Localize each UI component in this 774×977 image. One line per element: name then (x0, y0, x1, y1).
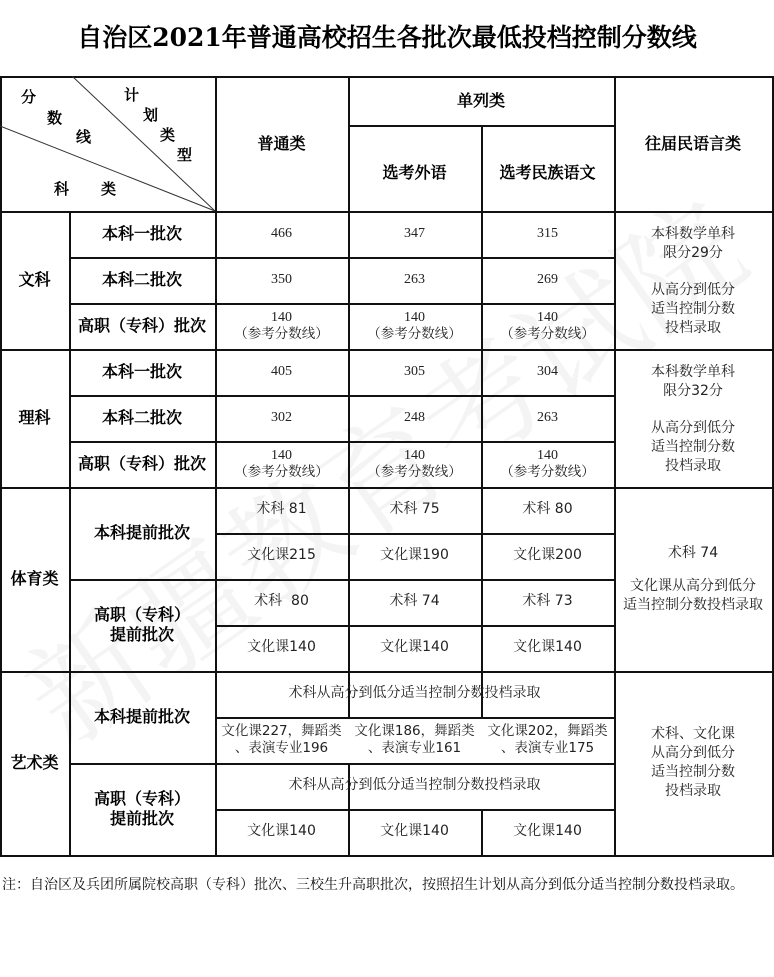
score-note: （参考分数线） (234, 464, 329, 481)
minority-note-arts: 术科、文化课 从高分到低分 适当控制分数 投档录取 (614, 671, 772, 855)
diag-label-hua: 划 (143, 104, 158, 125)
diag-label-ke: 科 (54, 178, 69, 199)
score-value: 140 (537, 309, 558, 327)
score-cell: 术科 75 (348, 487, 481, 533)
score-note: （参考分数线） (367, 464, 462, 481)
batch-label: 本科一批次 (69, 349, 215, 395)
score-cell: 术科 81 (215, 487, 348, 533)
score-cell: 文化课140 (348, 625, 481, 671)
score-cell: 文化课140 (481, 625, 614, 671)
score-cell: 302 (215, 395, 348, 441)
minority-note-wenke: 本科数学单科 限分29分 从高分到低分 适当控制分数 投档录取 (614, 211, 772, 349)
score-value: 140 (271, 447, 292, 465)
diag-label-xing: 型 (177, 144, 192, 165)
header-single-ethnic: 选考民族语文 (481, 125, 614, 211)
score-cell: 140 （参考分数线） (348, 441, 481, 487)
score-value: 140 (537, 447, 558, 465)
score-cell: 术科 80 (215, 579, 348, 625)
section-label-like: 理科 (0, 349, 69, 487)
batch-label: 高职（专科）批次 (69, 303, 215, 349)
score-cell: 术科 74 (348, 579, 481, 625)
score-cell: 文化课190 (348, 533, 481, 579)
score-cell: 304 (481, 349, 614, 395)
minority-note-sports: 术科 74 文化课从高分到低分 适当控制分数投档录取 (614, 487, 772, 671)
score-cell: 305 (348, 349, 481, 395)
header-minority: 往届民语言类 (614, 76, 772, 211)
score-cell: 文化课140 (348, 809, 481, 855)
minority-note-like: 本科数学单科 限分32分 从高分到低分 适当控制分数 投档录取 (614, 349, 772, 487)
score-cell: 文化课140 (215, 809, 348, 855)
score-cell: 269 (481, 257, 614, 303)
score-note: （参考分数线） (234, 326, 329, 343)
score-note: （参考分数线） (500, 326, 595, 343)
diag-label-lei2: 类 (101, 178, 116, 199)
score-cell: 文化课200 (481, 533, 614, 579)
score-note: （参考分数线） (500, 464, 595, 481)
score-cell: 466 (215, 211, 348, 257)
score-cell: 140 （参考分数线） (215, 441, 348, 487)
section-label-sports: 体育类 (0, 487, 69, 671)
batch-label: 本科二批次 (69, 257, 215, 303)
header-single: 单列类 (348, 76, 614, 125)
score-cell: 263 (481, 395, 614, 441)
score-value: 140 (404, 309, 425, 327)
score-cell: 140 （参考分数线） (481, 303, 614, 349)
diag-label-xian: 线 (76, 126, 91, 147)
merged-skill-cell: 术科从高分到低分适当控制分数投档录取 (215, 671, 614, 717)
score-value: 140 (404, 447, 425, 465)
diag-label-ji: 计 (124, 84, 139, 105)
score-cell: 术科 73 (481, 579, 614, 625)
score-cell: 140 （参考分数线） (481, 441, 614, 487)
batch-label: 高职（专科） 提前批次 (69, 763, 215, 855)
score-cell: 347 (348, 211, 481, 257)
footnote: 注：自治区及兵团所属院校高职（专科）批次、三校生升高职批次，按照招生计划从高分到… (2, 875, 772, 895)
diag-label-fen: 分 (21, 86, 36, 107)
score-cell: 文化课202，舞蹈类 、表演专业175 (481, 717, 614, 763)
batch-label: 高职（专科）批次 (69, 441, 215, 487)
batch-label: 本科提前批次 (69, 487, 215, 579)
score-cell: 文化课227，舞蹈类 、表演专业196 (215, 717, 348, 763)
header-single-foreign: 选考外语 (348, 125, 481, 211)
score-cell: 术科 80 (481, 487, 614, 533)
merged-skill-cell: 术科从高分到低分适当控制分数投档录取 (215, 763, 614, 809)
batch-label: 本科二批次 (69, 395, 215, 441)
score-cell: 文化课215 (215, 533, 348, 579)
batch-label: 高职（专科） 提前批次 (69, 579, 215, 671)
header-general: 普通类 (215, 76, 348, 211)
section-label-arts: 艺术类 (0, 671, 69, 855)
score-value: 140 (271, 309, 292, 327)
score-cell: 文化课140 (481, 809, 614, 855)
score-cell: 文化课186，舞蹈类 、表演专业161 (348, 717, 481, 763)
score-cell: 140 （参考分数线） (348, 303, 481, 349)
diag-label-shu: 数 (47, 107, 62, 128)
score-cell: 350 (215, 257, 348, 303)
batch-label: 本科一批次 (69, 211, 215, 257)
section-label-wenke: 文科 (0, 211, 69, 349)
score-note: （参考分数线） (367, 326, 462, 343)
score-cell: 263 (348, 257, 481, 303)
score-cell: 140 （参考分数线） (215, 303, 348, 349)
batch-label: 本科提前批次 (69, 671, 215, 763)
score-table: 分 数 线 计 划 类 型 科 类 普通类 单列类 选考外语 选考民族语文 往届… (0, 0, 774, 977)
score-cell: 248 (348, 395, 481, 441)
diag-label-lei: 类 (160, 124, 175, 145)
score-cell: 文化课140 (215, 625, 348, 671)
score-cell: 315 (481, 211, 614, 257)
score-cell: 405 (215, 349, 348, 395)
